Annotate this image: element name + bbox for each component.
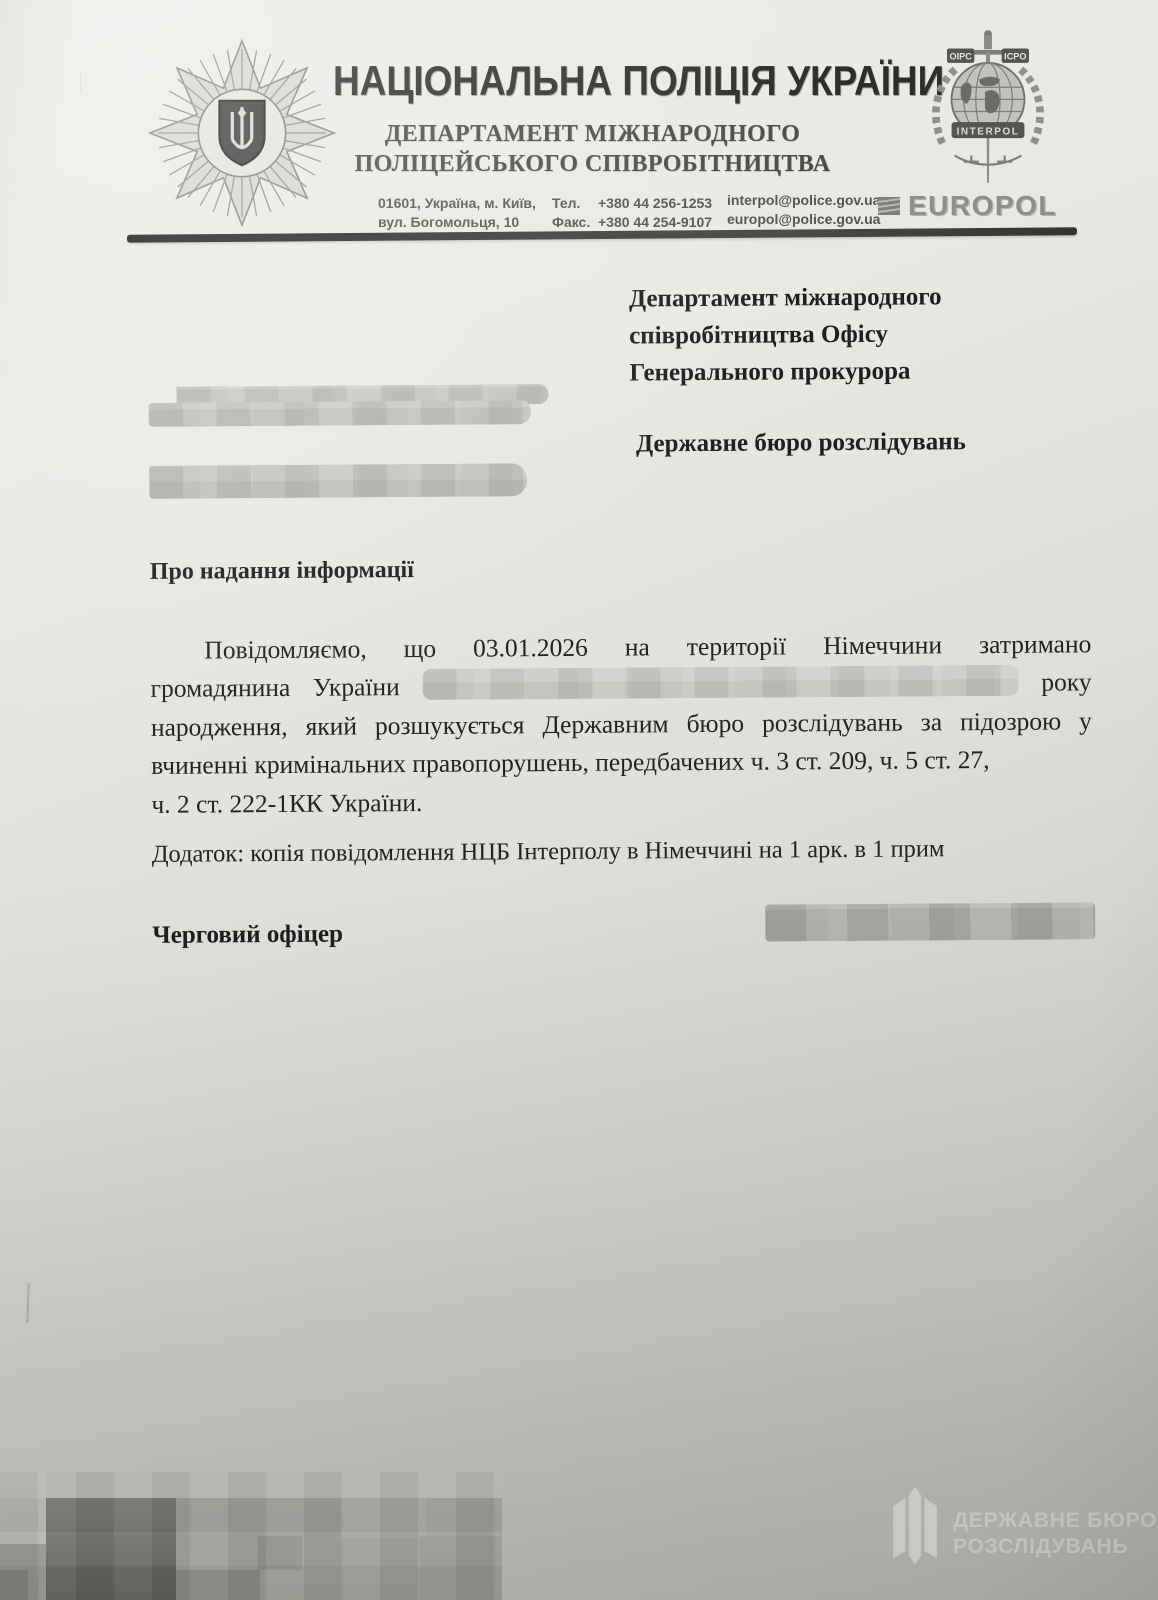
body-line-5: ч. 2 ст. 222-1КК України. xyxy=(151,779,1092,824)
recipient-line1: Департамент міжнародного xyxy=(629,278,1059,318)
dbr-brand-text: ДЕРЖАВНЕ БЮРО РОЗСЛІДУВАНЬ xyxy=(953,1508,1157,1560)
attachment-line: Додаток: копія повідомлення НЦБ Інтерпол… xyxy=(152,835,945,869)
recipient-block: Департамент міжнародного співробітництва… xyxy=(629,278,1060,392)
signature-role: Черговий офіцер xyxy=(152,921,343,950)
paper-scratch xyxy=(80,70,81,92)
recipient-org2: Державне бюро розслідувань xyxy=(636,428,966,458)
body-paragraph: Повідомляємо, що 03.01.2026 на території… xyxy=(150,625,1092,824)
body-line-2-after: року xyxy=(1041,668,1091,697)
recipient-line2: співробітництва Офісу xyxy=(629,315,1059,355)
dbr-trident-icon xyxy=(891,1486,939,1566)
body-line-1-text: Повідомляємо, що 03.01.2026 на території… xyxy=(204,629,1091,664)
body-line-1: Повідомляємо, що 03.01.2026 на території… xyxy=(150,625,1091,670)
redacted-stamp-mosaic xyxy=(0,1472,502,1600)
mosaic-pixel-grid xyxy=(0,1472,502,1600)
dbr-brand-line1: ДЕРЖАВНЕ БЮРО xyxy=(953,1508,1157,1534)
recipient-line3: Генерального прокурора xyxy=(629,352,1059,392)
subject-line: Про надання інформації xyxy=(150,557,414,586)
body-line-2: громадянина України року xyxy=(150,664,1091,709)
body-line-2-before: громадянина України xyxy=(151,673,400,704)
redacted-ref-block xyxy=(149,400,531,427)
dbr-brand-line2: РОЗСЛІДУВАНЬ xyxy=(953,1534,1157,1560)
redacted-ref-block-2 xyxy=(149,463,527,499)
body-line-4: вчиненні кримінальних правопорушень, пер… xyxy=(151,741,1092,786)
redacted-name-block xyxy=(422,665,1018,700)
body-line-3: народження, який розшукується Державним … xyxy=(151,702,1092,747)
redacted-signature-block xyxy=(765,902,1095,941)
document-page: НАЦІОНАЛЬНА ПОЛІЦІЯ УКРАЇНИ ДЕПАРТАМЕНТ … xyxy=(0,0,1158,1600)
